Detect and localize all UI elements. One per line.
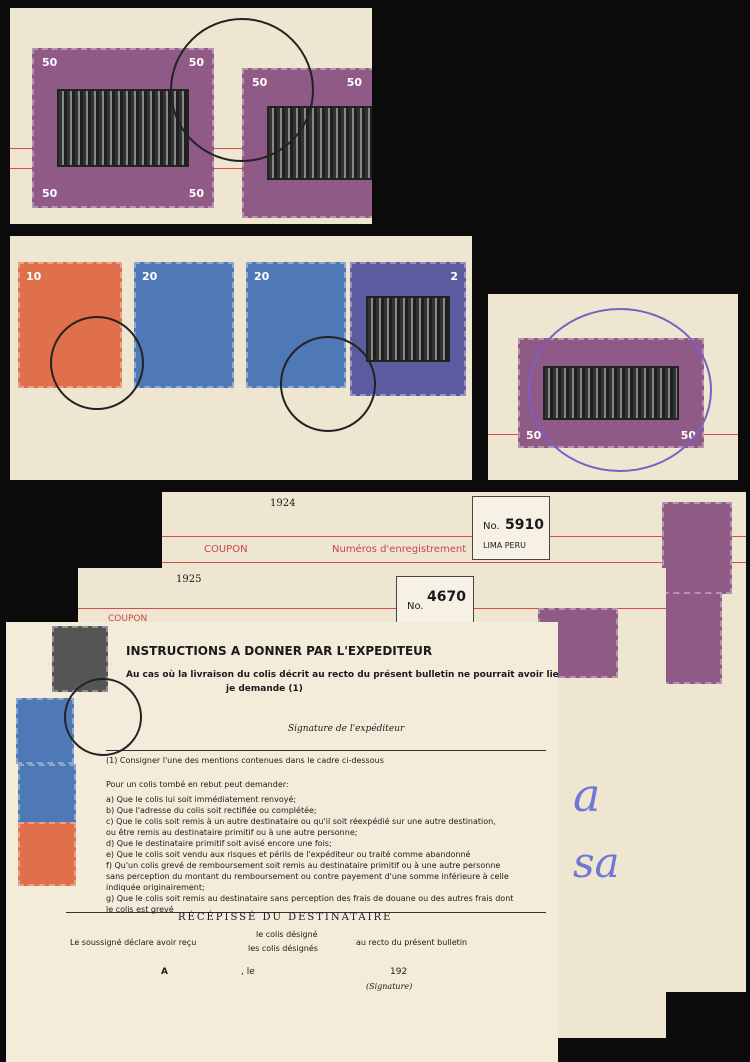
circular-postmark [170, 18, 314, 162]
form-stamp-upper [662, 502, 732, 594]
instruction-options: a) Que le colis lui soit immédiatement r… [106, 794, 556, 915]
form-heading: INSTRUCTIONS A DONNER PAR L'EXPEDITEUR [126, 644, 432, 658]
front-stamp-blue-2 [18, 764, 76, 830]
top-pair-panel: 50 50 50 50 50 50 [10, 8, 372, 224]
lima-postmark-1 [50, 316, 144, 410]
front-postmark [64, 678, 142, 756]
single-oval-panel: 50 50 [488, 294, 738, 480]
form-front: INSTRUCTIONS A DONNER PAR L'EXPEDITEUR A… [6, 622, 558, 1062]
middle-strip-panel: 10 20 20 2 [10, 236, 472, 480]
lima-postmark-2 [280, 336, 376, 432]
front-stamp-orange [18, 822, 76, 886]
stamp-20c-1: 20 [134, 262, 234, 388]
registration-label-5910: No. 5910 LIMA PERU [472, 496, 550, 560]
callao-oval-cancel [528, 308, 712, 472]
